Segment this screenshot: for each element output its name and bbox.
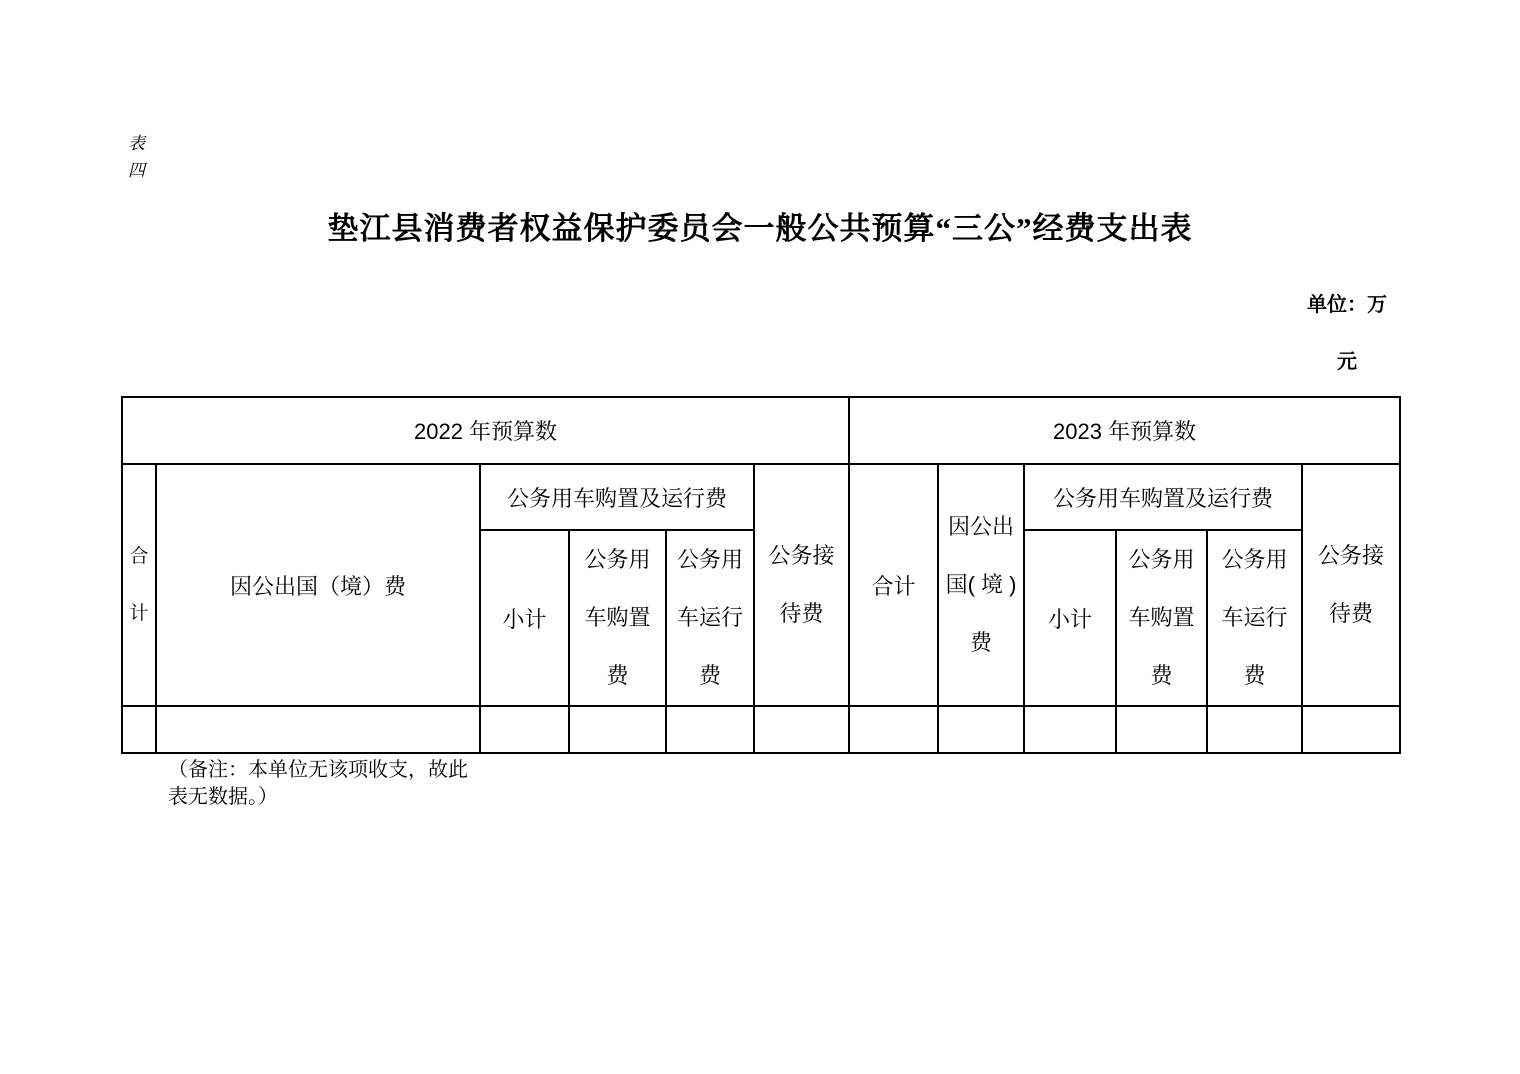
year-header-2022: 2022 年预算数: [122, 397, 849, 464]
note-line: 表无数据。）: [168, 784, 468, 811]
header-line: 公务用: [667, 531, 753, 589]
header-abroad-fee-2023: 因公出 国( 境 ) 费: [938, 464, 1024, 706]
year-header-row: 2022 年预算数 2023 年预算数: [122, 397, 1400, 464]
header-line: 待费: [755, 585, 848, 643]
header-line: 费: [570, 647, 665, 705]
header-row-upper: 合 计 因公出国（境）费 公务用车购置及运行费 公务接 待费 合计 因公出 国(…: [122, 464, 1400, 530]
data-cell-reception-2022: [754, 706, 849, 753]
header-reception-fee-2022: 公务接 待费: [754, 464, 849, 706]
header-line: 车购置: [1117, 589, 1206, 647]
header-vehicle-group-2022: 公务用车购置及运行费: [480, 464, 754, 530]
header-vehicle-purchase-2023: 公务用 车购置 费: [1116, 530, 1207, 706]
note: （备注：本单位无该项收支，故此 表无数据。）: [168, 757, 468, 811]
document-page: 表 四 垫江县消费者权益保护委员会一般公共预算“三公”经费支出表 单位：万 元 …: [0, 0, 1520, 1074]
data-cell-operation-2022: [666, 706, 754, 753]
data-cell-subtotal-2022: [480, 706, 569, 753]
header-line: 待费: [1303, 585, 1399, 643]
header-line: 车运行: [1208, 589, 1301, 647]
header-line: 公务接: [755, 527, 848, 585]
data-cell-subtotal-2023: [1024, 706, 1116, 753]
header-abroad-fee-2022: 因公出国（境）费: [156, 464, 480, 706]
header-line: 公务用: [1117, 531, 1206, 589]
header-line: 费: [1208, 647, 1301, 705]
header-vehicle-operation-2022: 公务用 车运行 费: [666, 530, 754, 706]
document-title: 垫江县消费者权益保护委员会一般公共预算“三公”经费支出表: [0, 209, 1520, 249]
header-line: 公务用: [1208, 531, 1301, 589]
budget-table: 2022 年预算数 2023 年预算数 合 计 因公出国（境）费 公务用车购置及…: [121, 396, 1401, 754]
header-total-2022: 合 计: [122, 464, 156, 706]
unit-label: 单位：万 元: [1300, 277, 1394, 391]
header-subtotal-2023: 小计: [1024, 530, 1116, 706]
note-line: （备注：本单位无该项收支，故此: [168, 757, 468, 784]
header-reception-fee-2023: 公务接 待费: [1302, 464, 1400, 706]
header-line: 费: [1117, 647, 1206, 705]
header-line: 公务用: [570, 531, 665, 589]
data-cell-abroad-2022: [156, 706, 480, 753]
header-line: 合: [123, 528, 155, 585]
header-line: 公务接: [1303, 527, 1399, 585]
header-line: 国( 境 ): [939, 556, 1023, 614]
data-cell-total-2023: [849, 706, 938, 753]
header-line: 车购置: [570, 589, 665, 647]
data-cell-purchase-2023: [1116, 706, 1207, 753]
header-vehicle-purchase-2022: 公务用 车购置 费: [569, 530, 666, 706]
unit-label-line: 元: [1300, 334, 1394, 391]
header-line: 费: [667, 647, 753, 705]
header-line: 计: [123, 585, 155, 642]
header-line: 费: [939, 614, 1023, 672]
header-total-2023: 合计: [849, 464, 938, 706]
table-number-label: 表 四: [128, 130, 146, 184]
table-number-line: 表: [128, 130, 146, 157]
data-cell-total-2022: [122, 706, 156, 753]
header-subtotal-2022: 小计: [480, 530, 569, 706]
header-line: 因公出: [939, 498, 1023, 556]
table-number-line: 四: [128, 157, 146, 184]
header-line: 车运行: [667, 589, 753, 647]
year-header-2023: 2023 年预算数: [849, 397, 1400, 464]
data-cell-operation-2023: [1207, 706, 1302, 753]
header-vehicle-operation-2023: 公务用 车运行 费: [1207, 530, 1302, 706]
header-vehicle-group-2023: 公务用车购置及运行费: [1024, 464, 1302, 530]
data-row: [122, 706, 1400, 753]
data-cell-abroad-2023: [938, 706, 1024, 753]
data-cell-reception-2023: [1302, 706, 1400, 753]
unit-label-line: 单位：万: [1300, 277, 1394, 334]
data-cell-purchase-2022: [569, 706, 666, 753]
